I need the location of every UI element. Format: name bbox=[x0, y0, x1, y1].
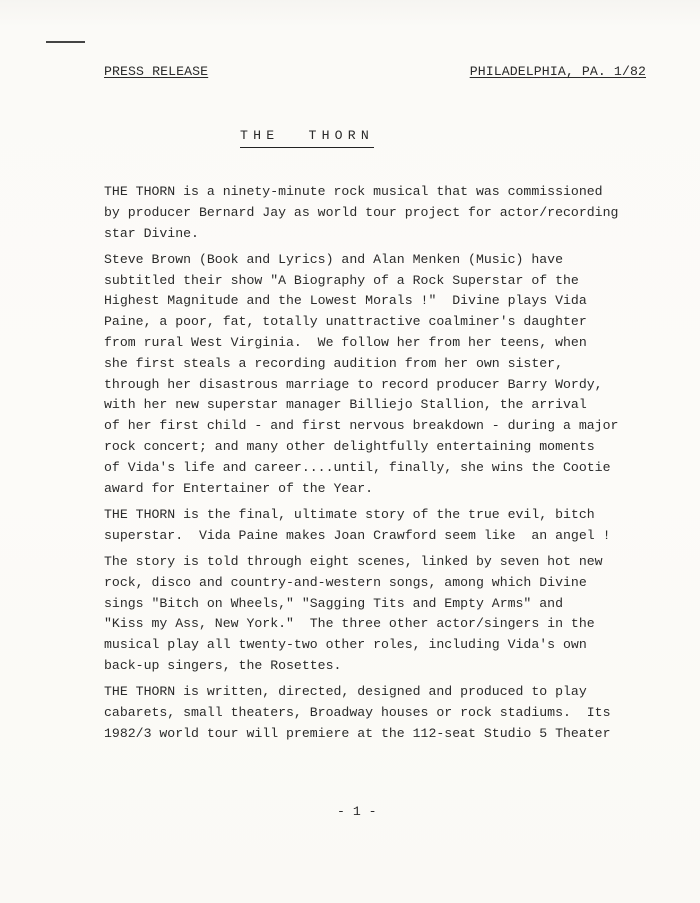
text-line: she first steals a recording audition fr… bbox=[104, 354, 664, 375]
text-line: rock concert; and many other delightfull… bbox=[104, 437, 664, 458]
text-line: sings "Bitch on Wheels," "Sagging Tits a… bbox=[104, 594, 664, 615]
text-line: musical play all twenty-two other roles,… bbox=[104, 635, 664, 656]
text-line: THE THORN is the final, ultimate story o… bbox=[104, 505, 664, 526]
document-body: THE THORN is a ninety-minute rock musica… bbox=[104, 182, 664, 750]
text-line: Paine, a poor, fat, totally unattractive… bbox=[104, 312, 664, 333]
text-line: from rural West Virginia. We follow her … bbox=[104, 333, 664, 354]
paragraph: THE THORN is the final, ultimate story o… bbox=[104, 505, 664, 547]
location-date-label: PHILADELPHIA, PA. 1/82 bbox=[470, 64, 646, 79]
text-line: cabarets, small theaters, Broadway house… bbox=[104, 703, 664, 724]
text-line: rock, disco and country-and-western song… bbox=[104, 573, 664, 594]
press-release-label: PRESS RELEASE bbox=[104, 64, 208, 79]
text-line: of Vida's life and career....until, fina… bbox=[104, 458, 664, 479]
text-line: Highest Magnitude and the Lowest Morals … bbox=[104, 291, 664, 312]
text-line: of her first child - and first nervous b… bbox=[104, 416, 664, 437]
paragraph: THE THORN is written, directed, designed… bbox=[104, 682, 664, 744]
text-line: by producer Bernard Jay as world tour pr… bbox=[104, 203, 664, 224]
pen-mark bbox=[46, 41, 85, 43]
text-line: THE THORN is written, directed, designed… bbox=[104, 682, 664, 703]
page-number: - 1 - bbox=[337, 804, 377, 819]
text-line: back-up singers, the Rosettes. bbox=[104, 656, 664, 677]
text-line: through her disastrous marriage to recor… bbox=[104, 375, 664, 396]
letterhead-row: PRESS RELEASE PHILADELPHIA, PA. 1/82 bbox=[104, 64, 646, 79]
text-line: award for Entertainer of the Year. bbox=[104, 479, 664, 500]
text-line: 1982/3 world tour will premiere at the 1… bbox=[104, 724, 664, 745]
text-line: star Divine. bbox=[104, 224, 664, 245]
document-title: THE THORN bbox=[240, 128, 374, 148]
text-line: "Kiss my Ass, New York." The three other… bbox=[104, 614, 664, 635]
text-line: with her new superstar manager Billiejo … bbox=[104, 395, 664, 416]
paragraph: Steve Brown (Book and Lyrics) and Alan M… bbox=[104, 250, 664, 500]
paragraph: The story is told through eight scenes, … bbox=[104, 552, 664, 677]
text-line: Steve Brown (Book and Lyrics) and Alan M… bbox=[104, 250, 664, 271]
text-line: THE THORN is a ninety-minute rock musica… bbox=[104, 182, 664, 203]
document-page: PRESS RELEASE PHILADELPHIA, PA. 1/82 THE… bbox=[0, 0, 700, 903]
text-line: subtitled their show "A Biography of a R… bbox=[104, 271, 664, 292]
paragraph: THE THORN is a ninety-minute rock musica… bbox=[104, 182, 664, 244]
text-line: The story is told through eight scenes, … bbox=[104, 552, 664, 573]
text-line: superstar. Vida Paine makes Joan Crawfor… bbox=[104, 526, 664, 547]
